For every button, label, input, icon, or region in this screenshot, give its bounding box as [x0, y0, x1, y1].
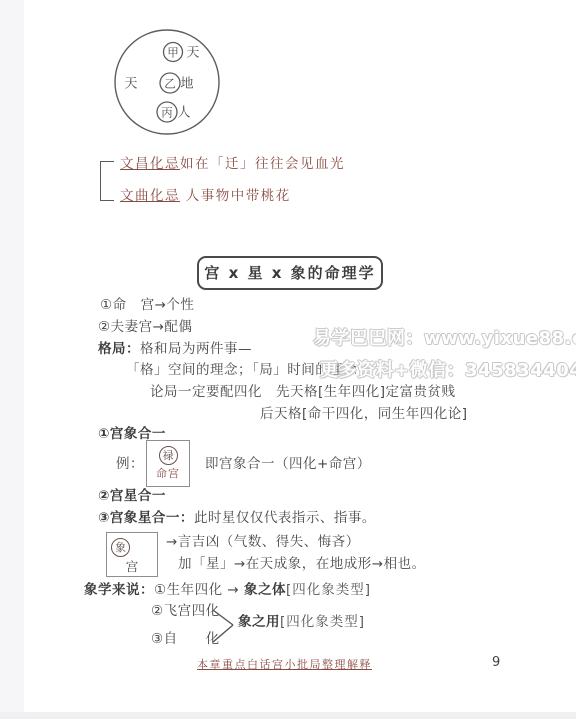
body-line-geju: 格局：格和局为两件事— [98, 341, 252, 357]
xiangxue-use-note: [四化象类型] [280, 614, 365, 630]
section3-text: 此时星仅仅代表指示、指事。 [194, 510, 376, 526]
page-number: 9 [492, 655, 501, 671]
xiang-note-2: 加「星」→在天成象，在地成形→相也。 [178, 556, 426, 572]
red-note-line-2: 文曲化忌 人事物中带桃花 [120, 188, 291, 204]
geju-label: 格局： [98, 341, 140, 357]
red-note-term-1: 文昌化忌 [120, 156, 180, 172]
red-note-rest-2: 人事物中带桃花 [180, 188, 291, 204]
watermark-line-1: 易学巴巴网：www.yixue88.cn [313, 324, 576, 350]
scanned-note-page: 甲 乙 丙 天 地 人 天 文昌化忌如在「迁」往往会见血光 文曲化忌 人事物中带… [0, 0, 576, 719]
xiangxue-line-1: 象学来说：①生年四化 → 象之体[四化象类型] [84, 582, 371, 598]
footer-handwritten-note: 本章重点白话宫小批局整理解释 [197, 658, 372, 671]
body-line-fuqi-gong: ②夫妻宫→配偶 [98, 319, 192, 335]
gong-char: 宫 [107, 557, 157, 575]
body-line-ming-gong: ①命 宫→个性 [100, 297, 194, 313]
example-caption: 即宫象合一（四化+命宫） [205, 456, 371, 472]
xiangxue-item1: ①生年四化 [154, 582, 223, 598]
xiangxue-label: 象学来说： [84, 582, 154, 598]
watermark-line-2: 更多资料+微信：3458344044 [320, 356, 576, 382]
section3-heading-bold: ③宫象星合一： [98, 510, 194, 526]
body-line-houtian-ge: 后天格[命干四化，同生年四化论] [260, 406, 468, 422]
xiang-circle-wrap: 象 [111, 536, 157, 557]
xiangxue-item3: ③自 化 [151, 631, 220, 647]
xiangxue-body-note: [四化象类型] [286, 582, 371, 598]
xiangxue-body-term: 象之体 [244, 582, 286, 598]
outer-heaven-label: 天 [124, 77, 137, 92]
xiangxue-use-line: 象之用[四化象类型] [238, 614, 365, 630]
xiang-circled-char: 象 [111, 538, 130, 557]
man-label: 人 [177, 106, 190, 121]
note-bracket [100, 161, 114, 201]
bing-char: 丙 [161, 106, 173, 120]
minggong-handwritten: 命宫 [147, 465, 189, 481]
jia-char: 甲 [167, 46, 179, 60]
red-note-rest-1: 如在「迁」往往会见血光 [180, 156, 345, 172]
xiang-note-1: →言吉凶（气数、得失、悔吝） [166, 534, 360, 550]
page-bottom-edge [0, 712, 576, 719]
heading-gong-xing-heyi: ②宫星合一 [98, 488, 166, 504]
lu-minggong-box: 禄 命宫 [146, 440, 190, 487]
lu-circled-char: 禄 [159, 446, 178, 465]
lu-circle-wrap: 禄 [147, 444, 189, 465]
geju-rest: 格和局为两件事— [140, 341, 252, 357]
heaven-earth-man-diagram: 甲 乙 丙 天 地 人 天 [105, 20, 237, 148]
xiang-gong-box: 象 宫 [106, 532, 158, 577]
section-title-box: 宫 x 星 x 象的命理学 [197, 256, 383, 290]
xiangxue-use-term: 象之用 [238, 614, 280, 630]
body-line-xiantian-ge: 论局一定要配四化 先天格[生年四化]定富贵贫贱 [150, 384, 456, 400]
earth-label: 地 [180, 76, 193, 92]
xiangxue-arrow: → [223, 582, 244, 598]
heaven-label: 天 [186, 46, 199, 61]
red-note-term-2: 文曲化忌 [120, 188, 180, 204]
red-note-line-1: 文昌化忌如在「迁」往往会见血光 [120, 156, 345, 172]
xiangxue-item2: ②飞宫四化 [151, 603, 220, 619]
yi-char: 乙 [164, 77, 176, 91]
page-left-edge [0, 0, 24, 719]
example-label: 例： [116, 456, 144, 472]
heading-gong-xiang-xing-heyi: ③宫象星合一：此时星仅仅代表指示、指事。 [98, 510, 376, 526]
